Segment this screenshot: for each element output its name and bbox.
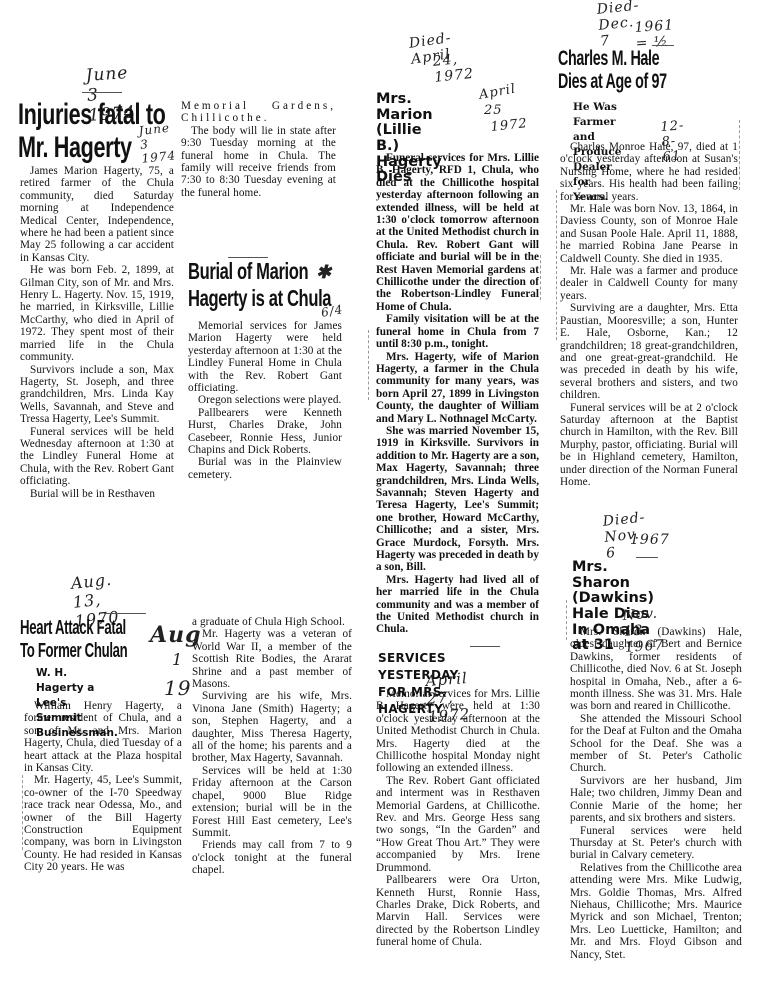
paragraph: Survivors include a son, Max Hagerty, St… bbox=[20, 364, 174, 426]
headline-line1: Mrs. Marion bbox=[376, 92, 442, 123]
article-body: Memorial services for Mrs. Lillie B. Hag… bbox=[376, 688, 540, 949]
paragraph: Surviving are a daughter, Mrs. Etta Paus… bbox=[560, 302, 738, 401]
handwritten-margin-line3: 19 bbox=[164, 676, 191, 700]
headline-line1: Burial of Marion bbox=[188, 260, 332, 283]
clip-edge bbox=[556, 190, 557, 340]
paragraph: Funeral services for Mrs. Lillie B. Hage… bbox=[376, 152, 539, 313]
paragraph: Burial was in the Plainview cemetery. bbox=[188, 456, 342, 481]
article-continuation: Memorial Gardens, Chillicothe. The body … bbox=[181, 100, 336, 199]
paragraph: She attended the Missouri School for the… bbox=[570, 713, 742, 775]
paragraph: James Marion Hagerty, 75, a retired farm… bbox=[20, 165, 174, 264]
paragraph: Charles Monroe Hale, 97, died at 1 o'clo… bbox=[560, 141, 738, 203]
headline-line2: Dies at Age of 97 bbox=[558, 71, 708, 92]
handwritten-margin-line2: 25 bbox=[484, 103, 503, 118]
paragraph: Oregon selections were played. bbox=[188, 394, 342, 406]
article-body: Charles Monroe Hale, 97, died at 1 o'clo… bbox=[560, 141, 738, 488]
clip-edge bbox=[566, 600, 567, 640]
headline-line1: Mrs. Sharon bbox=[572, 560, 654, 591]
headline-line2: (Lillie B.) bbox=[376, 123, 442, 154]
paragraph: She was married November 15, 1919 in Kir… bbox=[376, 425, 539, 574]
paragraph: Funeral services will be at 2 o'clock Sa… bbox=[560, 402, 738, 489]
article-continuation: a graduate of Chula High School. Mr. Hag… bbox=[192, 616, 352, 877]
paragraph: Memorial services for James Marion Hager… bbox=[188, 320, 342, 394]
paragraph: Mrs. Hagerty, wife of Marion Hagerty, a … bbox=[376, 351, 539, 425]
paragraph: Memorial Gardens, Chillicothe. bbox=[181, 100, 336, 125]
paragraph: William Henry Hagerty, a former resident… bbox=[24, 700, 182, 774]
divider bbox=[636, 557, 658, 558]
paragraph: Relatives from the Chillicothe area atte… bbox=[570, 862, 742, 961]
paragraph: He was born Feb. 2, 1899, at Gilman City… bbox=[20, 264, 174, 363]
paragraph: Mr. Hagerty, 45, Lee's Summit, co-owner … bbox=[24, 774, 182, 873]
paragraph: Mr. Hagerty was a veteran of World War I… bbox=[192, 628, 352, 690]
paragraph: Survivors are her husband, Jim Hale; two… bbox=[570, 775, 742, 825]
handwritten-margin-date: 6/4 bbox=[320, 302, 344, 320]
article-body: Funeral services for Mrs. Lillie B. Hage… bbox=[376, 152, 539, 636]
paragraph: Funeral services will be held Wednesday … bbox=[20, 426, 174, 488]
paragraph: Mrs. Hagerty had lived all of her marrie… bbox=[376, 574, 539, 636]
article-body: Mrs. Sharon (Dawkins) Hale, oldest daugh… bbox=[570, 626, 742, 961]
headline-line2: Hagerty is at Chula bbox=[188, 287, 332, 310]
paragraph: Mr. Hale was a farmer and produce dealer… bbox=[560, 265, 738, 302]
paragraph: Family visitation will be at the funeral… bbox=[376, 313, 539, 350]
divider bbox=[104, 613, 146, 614]
paragraph: a graduate of Chula High School. bbox=[192, 616, 352, 628]
headline: Charles M. Hale Dies at Age of 97 bbox=[558, 48, 760, 92]
article-body: William Henry Hagerty, a former resident… bbox=[24, 700, 182, 874]
paragraph: Memorial services for Mrs. Lillie B. Hag… bbox=[376, 688, 540, 775]
handwritten-date-line2: 24, 1972 bbox=[432, 50, 475, 86]
clip-edge bbox=[739, 120, 740, 190]
paragraph: Friends may call from 7 to 9 o'clock ton… bbox=[192, 839, 352, 876]
paragraph: Mr. Hale was born Nov. 13, 1864, in Davi… bbox=[560, 203, 738, 265]
handwritten-margin-date: June 3 1974 bbox=[138, 120, 176, 165]
divider bbox=[82, 92, 122, 93]
article-body: James Marion Hagerty, 75, a retired farm… bbox=[20, 165, 174, 500]
handwritten-margin-line3: 1972 bbox=[490, 116, 528, 135]
paragraph: Surviving are his wife, Mrs. Vinona Jane… bbox=[192, 690, 352, 764]
divider bbox=[652, 45, 674, 46]
clip-edge bbox=[540, 255, 541, 300]
clip-edge bbox=[22, 775, 23, 850]
handwritten-margin-line1: April bbox=[478, 82, 517, 103]
paragraph: Services will be held at 1:30 Friday aft… bbox=[192, 765, 352, 839]
ink-blot: ✱ bbox=[316, 262, 332, 283]
headline-line1: Charles M. Hale bbox=[558, 48, 708, 69]
paragraph: The body will lie in state after 9:30 Tu… bbox=[181, 125, 336, 199]
paragraph: Mrs. Sharon (Dawkins) Hale, oldest daugh… bbox=[570, 626, 742, 713]
handwritten-margin-line2: 1 bbox=[172, 650, 183, 669]
paragraph: Funeral services were held Thursday at S… bbox=[570, 825, 742, 862]
divider bbox=[470, 646, 500, 647]
paragraph: The Rev. Robert Gant officiated and inte… bbox=[376, 775, 540, 874]
handwritten-date-line2: 1967 bbox=[630, 532, 670, 548]
paragraph: Pallbearers were Kenneth Hurst, Charles … bbox=[188, 407, 342, 457]
headline: Burial of Marion Hagerty is at Chula bbox=[188, 260, 388, 310]
clip-edge bbox=[368, 330, 369, 400]
paragraph: Pallbearers were Ora Urton, Kenneth Hurs… bbox=[376, 874, 540, 948]
article-body: Memorial services for James Marion Hager… bbox=[188, 320, 342, 481]
paragraph: Burial will be in Resthaven bbox=[20, 488, 174, 500]
